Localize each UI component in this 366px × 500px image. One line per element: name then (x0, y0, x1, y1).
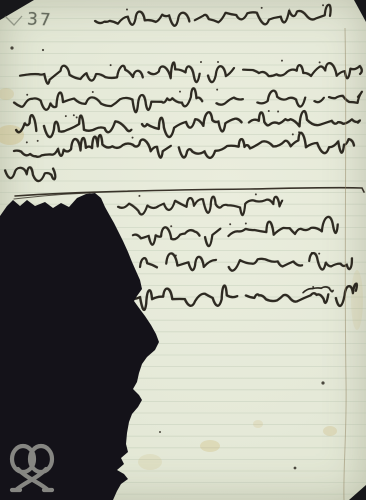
handwritten-line-s2-l3b (303, 286, 334, 293)
backing-corner-bottom-right (349, 485, 366, 500)
folio-number: 37 (26, 9, 53, 30)
handwritten-line-s2-l1 (118, 190, 284, 219)
handwritten-line-s2-l3 (140, 248, 353, 275)
handwritten-line-s2-l2 (132, 216, 339, 249)
handwritten-line-p1-l1 (20, 58, 363, 85)
manuscript-page: 37 (0, 0, 366, 500)
handwritten-line-p1-l5 (5, 166, 56, 181)
handwritten-line-p1-l3 (16, 107, 361, 140)
manuscript-scan (0, 0, 366, 500)
pencil-check-mark (5, 16, 22, 25)
